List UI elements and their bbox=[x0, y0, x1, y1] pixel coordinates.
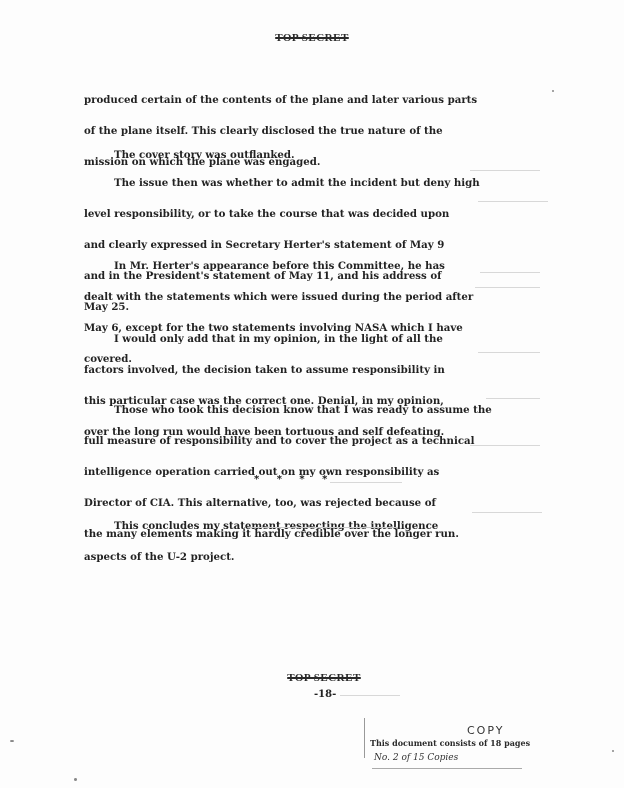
scan-speck bbox=[612, 750, 614, 752]
copy-control-stamp: COPY This document consists of 18 pages … bbox=[362, 712, 602, 776]
text-line: dealt with the statements which were iss… bbox=[84, 290, 524, 306]
page-number: -18- bbox=[314, 689, 336, 700]
stamp-title: COPY bbox=[467, 724, 504, 737]
text-line: aspects of the U-2 project. bbox=[84, 550, 524, 566]
scan-artifact bbox=[470, 445, 540, 446]
section-separator: * * * * bbox=[254, 474, 334, 485]
scan-speck bbox=[74, 778, 77, 781]
scan-speck bbox=[552, 90, 554, 92]
scan-artifact bbox=[478, 201, 548, 202]
scan-artifact bbox=[330, 482, 402, 483]
stamp-page-count: This document consists of 18 pages bbox=[370, 738, 530, 748]
scan-artifact bbox=[475, 287, 540, 288]
classification-footer: TOP SECRET bbox=[12, 672, 624, 684]
scan-artifact bbox=[248, 527, 398, 528]
text-line: factors involved, the decision taken to … bbox=[84, 363, 524, 379]
stamp-copy-number: No. 2 of 15 Copies bbox=[374, 753, 458, 763]
text-line: In Mr. Herter's appearance before this C… bbox=[84, 259, 524, 275]
text-line: The issue then was whether to admit the … bbox=[84, 176, 524, 192]
document-page: TOP SECRET produced certain of the conte… bbox=[0, 0, 624, 788]
text-line: produced certain of the contents of the … bbox=[84, 93, 524, 109]
classification-header: TOP SECRET bbox=[0, 32, 624, 44]
stamp-border bbox=[364, 718, 365, 758]
closing-paragraph: This concludes my statement respecting t… bbox=[84, 503, 524, 581]
text-line: Those who took this decision know that I… bbox=[84, 403, 524, 419]
text-line: level responsibility, or to take the cou… bbox=[84, 207, 524, 223]
scan-artifact bbox=[480, 272, 540, 273]
text-line: full measure of responsibility and to co… bbox=[84, 434, 524, 450]
scan-artifact bbox=[486, 398, 540, 399]
scan-artifact bbox=[340, 695, 400, 696]
scan-artifact bbox=[470, 170, 540, 171]
scan-artifact bbox=[472, 512, 542, 513]
text-line: I would only add that in my opinion, in … bbox=[84, 332, 524, 348]
scan-artifact bbox=[478, 352, 540, 353]
stamp-underline bbox=[372, 768, 522, 769]
scan-speck bbox=[10, 740, 14, 742]
